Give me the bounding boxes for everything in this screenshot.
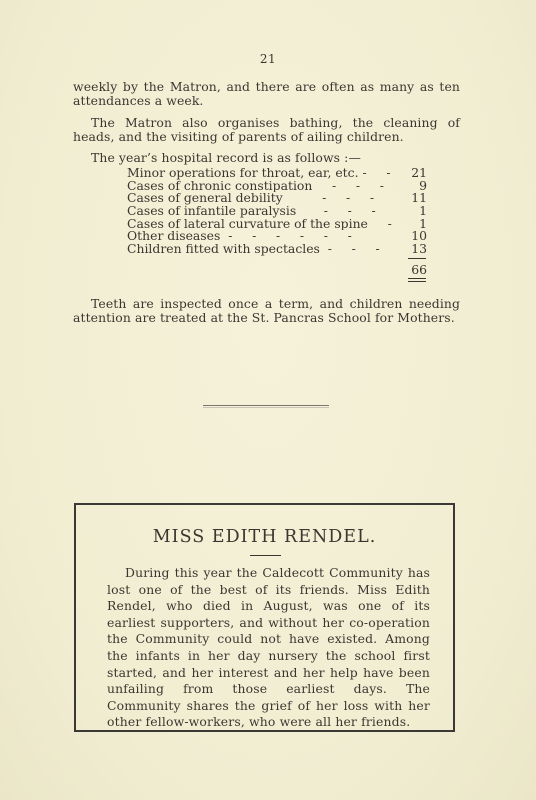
memorial-text: During this year the Caldecott Community… [107,565,430,731]
record-label: Other diseases - - - - - - [127,230,407,243]
record-label: Cases of infantile paralysis - - - [127,205,407,218]
record-value: 13 [407,243,427,256]
paragraph-matron-attendances: weekly by the Matron, and there are ofte… [73,80,460,108]
total-rule-bottom [408,278,426,279]
total-rule-bottom-double [408,281,426,282]
section-divider [203,405,329,406]
document-page: 21 weekly by the Matron, and there are o… [0,0,536,800]
paragraph-teeth-inspection: Teeth are inspected once a term, and chi… [73,297,460,325]
record-row: Cases of infantile paralysis - - - 1 [127,205,427,218]
memorial-title: MISS EDITH RENDEL. [76,527,453,547]
paragraph-record-intro: The year’s hospital record is as follows… [73,151,460,165]
record-total: 66 [400,262,427,277]
record-row: Minor operations for throat, ear, etc. -… [127,167,427,180]
record-label: Minor operations for throat, ear, etc. -… [127,167,407,180]
title-rule [250,555,281,556]
record-row: Cases of lateral curvature of the spine … [127,218,427,231]
record-label: Children fitted with spectacles - - - [127,243,407,256]
record-row: Cases of chronic constipation - - - 9 [127,180,427,193]
memorial-box: MISS EDITH RENDEL. During this year the … [74,503,455,732]
record-label: Cases of lateral curvature of the spine … [127,218,407,231]
record-row: Other diseases - - - - - - 10 [127,230,427,243]
record-label: Cases of general debility - - - [127,192,407,205]
total-rule-top [408,258,426,259]
hospital-record-table: Minor operations for throat, ear, etc. -… [127,167,427,256]
record-row: Children fitted with spectacles - - - 13 [127,243,427,256]
record-label: Cases of chronic constipation - - - [127,180,407,193]
paragraph-matron-duties: The Matron also organises bathing, the c… [73,116,460,144]
page-number: 21 [0,52,536,66]
record-row: Cases of general debility - - - 11 [127,192,427,205]
